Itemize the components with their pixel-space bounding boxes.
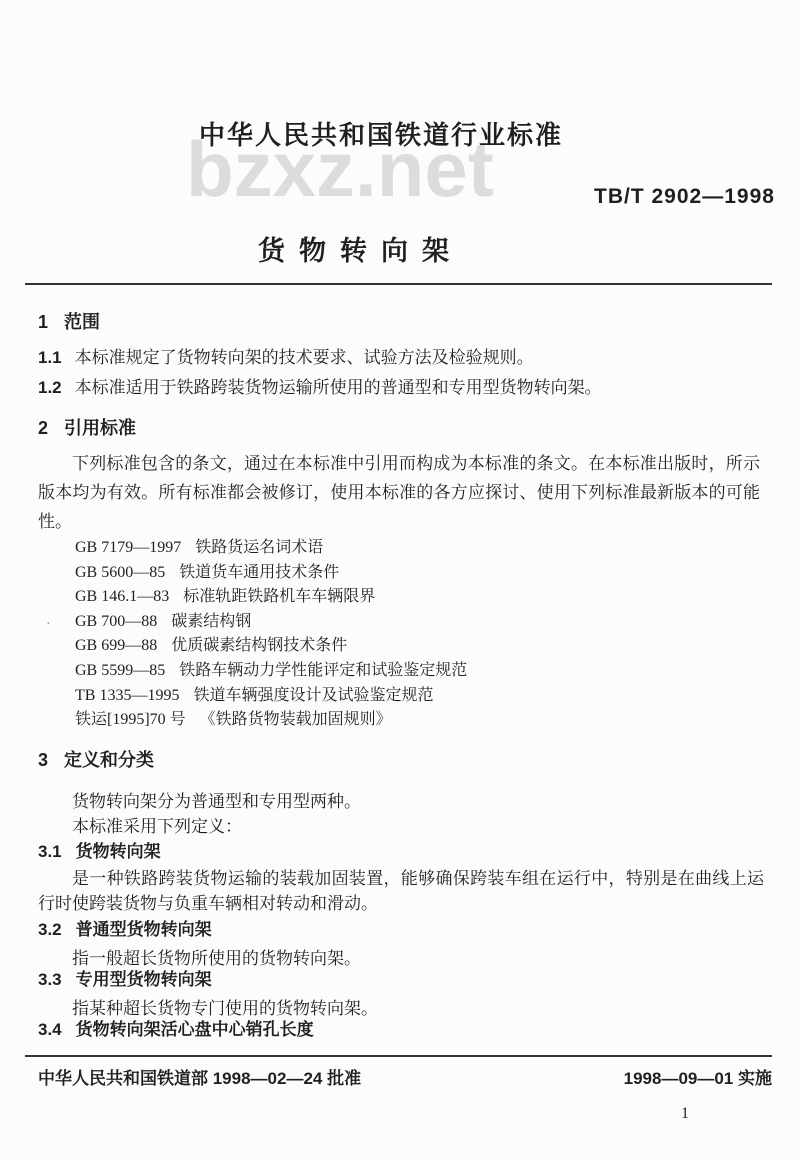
- section-3-lead-1: 货物转向架分为普通型和专用型两种。: [38, 793, 772, 810]
- clause-1-2-text: 本标准适用于铁路跨装货物运输所使用的普通型和专用型货物转向架。: [75, 379, 602, 396]
- reference-list: GB 7179—1997铁路货运名词术语 GB 5600—85铁道货车通用技术条…: [75, 536, 765, 733]
- section-2-number: 2: [38, 418, 48, 438]
- definition-3-2-term: 普通型货物转向架: [76, 920, 212, 939]
- reference-item: GB 5599—85铁路车辆动力学性能评定和试验鉴定规范: [75, 659, 765, 684]
- clause-1-1-text: 本标准规定了货物转向架的技术要求、试验方法及检验规则。: [75, 349, 534, 366]
- reference-code: 铁运[1995]70 号: [75, 711, 186, 728]
- definition-3-1-heading: 3.1货物转向架: [38, 843, 772, 860]
- definition-3-4-term: 货物转向架活心盘中心销孔长度: [76, 1020, 314, 1039]
- reference-item: 铁运[1995]70 号《铁路货物装载加固规则》: [75, 708, 765, 733]
- clause-1-2-number: 1.2: [38, 379, 62, 396]
- definition-3-1-term: 货物转向架: [76, 842, 161, 861]
- definition-3-3-heading: 3.3专用型货物转向架: [38, 971, 772, 988]
- reference-item: GB 146.1—83标准轨距铁路机车车辆限界: [75, 585, 765, 610]
- section-3-number: 3: [38, 750, 48, 770]
- implementation-statement: 1998—09—01 实施: [624, 1070, 772, 1087]
- section-2-title: 引用标准: [64, 418, 136, 438]
- reference-title: 《铁路货物装载加固规则》: [200, 711, 392, 728]
- reference-code: GB 700—88: [75, 613, 157, 630]
- definition-3-2-heading: 3.2普通型货物转向架: [38, 921, 772, 938]
- footer: 中华人民共和国铁道部 1998—02—24 批准 1998—09—01 实施: [38, 1070, 772, 1087]
- clause-1-1: 1.1 本标准规定了货物转向架的技术要求、试验方法及检验规则。: [38, 349, 772, 366]
- reference-code: GB 146.1—83: [75, 588, 169, 605]
- reference-item: TB 1335—1995铁道车辆强度设计及试验鉴定规范: [75, 684, 765, 709]
- definition-3-2-number: 3.2: [38, 920, 62, 939]
- reference-item: GB 5600—85铁道货车通用技术条件: [75, 561, 765, 586]
- section-3-lead-2: 本标准采用下列定义：: [38, 818, 772, 835]
- section-1-title: 范围: [64, 312, 100, 332]
- definition-3-3-term: 专用型货物转向架: [76, 970, 212, 989]
- reference-code: GB 699—88: [75, 637, 157, 654]
- clause-1-1-number: 1.1: [38, 349, 62, 366]
- reference-title: 碳素结构钢: [171, 613, 251, 630]
- reference-title: 标准轨距铁路机车车辆限界: [183, 588, 375, 605]
- clause-1-2: 1.2 本标准适用于铁路跨装货物运输所使用的普通型和专用型货物转向架。: [38, 379, 772, 396]
- reference-code: GB 5599—85: [75, 662, 165, 679]
- reference-title: 铁道车辆强度设计及试验鉴定规范: [193, 687, 433, 704]
- reference-title: 优质碳素结构钢技术条件: [171, 637, 347, 654]
- reference-title: 铁路车辆动力学性能评定和试验鉴定规范: [179, 662, 467, 679]
- reference-title: 铁道货车通用技术条件: [179, 564, 339, 581]
- definition-3-4-number: 3.4: [38, 1020, 62, 1039]
- definition-3-4-heading: 3.4货物转向架活心盘中心销孔长度: [38, 1021, 772, 1038]
- scanned-standard-page: bzxz.net 中华人民共和国铁道行业标准 TB/T 2902—1998 货物…: [0, 0, 800, 1160]
- page-number: 1: [681, 1106, 689, 1122]
- reference-code: GB 7179—1997: [75, 539, 181, 556]
- section-3-title: 定义和分类: [64, 750, 154, 770]
- reference-code: TB 1335—1995: [75, 687, 179, 704]
- document-title: 货物转向架: [258, 238, 463, 265]
- section-3-heading: 3定义和分类: [38, 751, 772, 769]
- standard-number: TB/T 2902—1998: [594, 186, 775, 207]
- reference-code: GB 5600—85: [75, 564, 165, 581]
- section-2-intro: 下列标准包含的条文，通过在本标准中引用而构成为本标准的条文。在本标准出版时，所示…: [38, 449, 760, 536]
- standard-type-heading: 中华人民共和国铁道行业标准: [199, 122, 563, 148]
- definition-3-1-text: 是一种铁路跨装货物运输的装载加固装置，能够确保跨装车组在运行中，特别是在曲线上运…: [38, 866, 764, 916]
- scan-artifact-dot: ·: [46, 618, 51, 632]
- header-divider: [25, 283, 772, 285]
- footer-divider: [25, 1055, 772, 1057]
- reference-title: 铁路货运名词术语: [195, 539, 323, 556]
- reference-item: GB 699—88优质碳素结构钢技术条件: [75, 634, 765, 659]
- section-1-heading: 1范围: [38, 313, 772, 331]
- reference-item: GB 700—88碳素结构钢: [75, 610, 765, 635]
- approval-statement: 中华人民共和国铁道部 1998—02—24 批准: [38, 1070, 361, 1087]
- definition-3-3-number: 3.3: [38, 970, 62, 989]
- definition-3-3-text: 指某种超长货物专门使用的货物转向架。: [38, 996, 764, 1021]
- section-1-number: 1: [38, 312, 48, 332]
- definition-3-2-text: 指一般超长货物所使用的货物转向架。: [38, 946, 764, 971]
- reference-item: GB 7179—1997铁路货运名词术语: [75, 536, 765, 561]
- section-2-heading: 2引用标准: [38, 419, 772, 437]
- definition-3-1-number: 3.1: [38, 842, 62, 861]
